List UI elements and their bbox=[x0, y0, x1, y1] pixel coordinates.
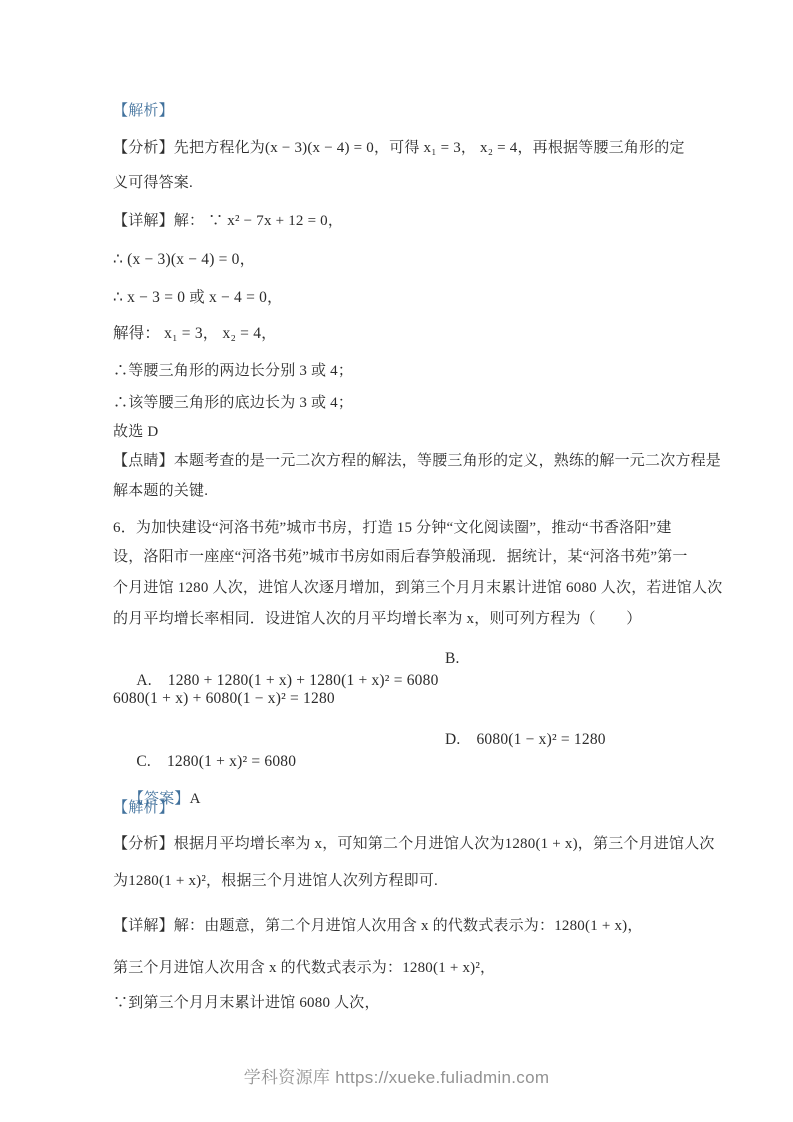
q6-xiangjie-line-2: 第三个月进馆人次用含 x 的代数式表示为：1280(1 + x)²， bbox=[113, 957, 495, 981]
q6-xiangjie-line-3: ∵到第三个月月末累计进馆 6080 人次， bbox=[113, 992, 380, 1016]
q6-fenxi-line-2: 为1280(1 + x)²，根据三个月进馆人次列方程即可. bbox=[113, 870, 438, 894]
q5-jiexi-heading: 【解析】 bbox=[113, 100, 174, 124]
option-b: B. bbox=[445, 648, 476, 670]
option-d: D.6080(1 − x)² = 1280 bbox=[445, 729, 606, 751]
q6-answer-line: 【答案】A bbox=[113, 766, 201, 790]
q5-step-3: 解得： x₁ = 3， x₂ = 4， bbox=[113, 323, 277, 347]
option-d-label: D. bbox=[445, 729, 460, 751]
q6-jiexi-heading: 【解析】 bbox=[113, 797, 174, 821]
q6-stem-line-3: 个月进馆 1280 人次，进馆人次逐月增加，到第三个月月末累计进馆 6080 人… bbox=[113, 577, 722, 601]
q6-options-row-2: C.1280(1 + x)² = 6080 D.6080(1 − x)² = 1… bbox=[120, 729, 296, 753]
q5-step-2: ∴ x − 3 = 0 或 x − 4 = 0， bbox=[113, 287, 283, 311]
option-d-formula: 6080(1 − x)² = 1280 bbox=[476, 731, 605, 748]
q5-step-5: ∴该等腰三角形的底边长为 3 或 4； bbox=[113, 392, 353, 416]
q6-stem-line-1: 6．为加快建设“河洛书苑”城市书房，打造 15 分钟“文化阅读圈”，推动“书香洛… bbox=[113, 517, 672, 541]
q6-stem-line-4: 的月平均增长率相同．设进馆人次的月平均增长率为 x，则可列方程为（ ） bbox=[113, 608, 641, 632]
q6-stem-line-2: 设，洛阳市一座座“河洛书苑”城市书房如雨后春笋般涌现．据统计，某“河洛书苑”第一 bbox=[113, 546, 688, 570]
option-a: A.1280 + 1280(1 + x) + 1280(1 + x)² = 60… bbox=[136, 672, 438, 689]
q6-fenxi-line-1: 【分析】根据月平均增长率为 x，可知第二个月进馆人次为1280(1 + x)，第… bbox=[113, 833, 715, 857]
q5-dianjing-line-2: 解本题的关键. bbox=[113, 480, 208, 504]
q6-xiangjie-line-1: 【详解】解：由题意，第二个月进馆人次用含 x 的代数式表示为：1280(1 + … bbox=[113, 915, 643, 939]
option-b-formula: 6080(1 + x) + 6080(1 − x)² = 1280 bbox=[113, 688, 335, 712]
q5-fenxi-line-1: 【分析】先把方程化为(x − 3)(x − 4) = 0，可得 x₁ = 3， … bbox=[113, 137, 685, 161]
option-a-formula: 1280 + 1280(1 + x) + 1280(1 + x)² = 6080 bbox=[168, 672, 439, 689]
option-b-label: B. bbox=[445, 648, 460, 670]
q5-dianjing-line-1: 【点睛】本题考查的是一元二次方程的解法，等腰三角形的定义，熟练的解一元二次方程是 bbox=[113, 450, 721, 474]
q5-step-4: ∴等腰三角形的两边长分别 3 或 4； bbox=[113, 360, 353, 384]
q5-fenxi-line-2: 义可得答案. bbox=[113, 172, 193, 196]
q5-conclusion: 故选 D bbox=[113, 421, 158, 445]
q6-options-row-1: A.1280 + 1280(1 + x) + 1280(1 + x)² = 60… bbox=[120, 648, 439, 672]
q5-xiangjie-line: 【详解】解： ∵ x² − 7x + 12 = 0， bbox=[113, 210, 343, 234]
q5-step-1: ∴ (x − 3)(x − 4) = 0， bbox=[113, 249, 255, 273]
answer-value: A bbox=[190, 791, 201, 807]
footer-watermark: 学科资源库 https://xueke.fuliadmin.com bbox=[0, 1066, 793, 1090]
